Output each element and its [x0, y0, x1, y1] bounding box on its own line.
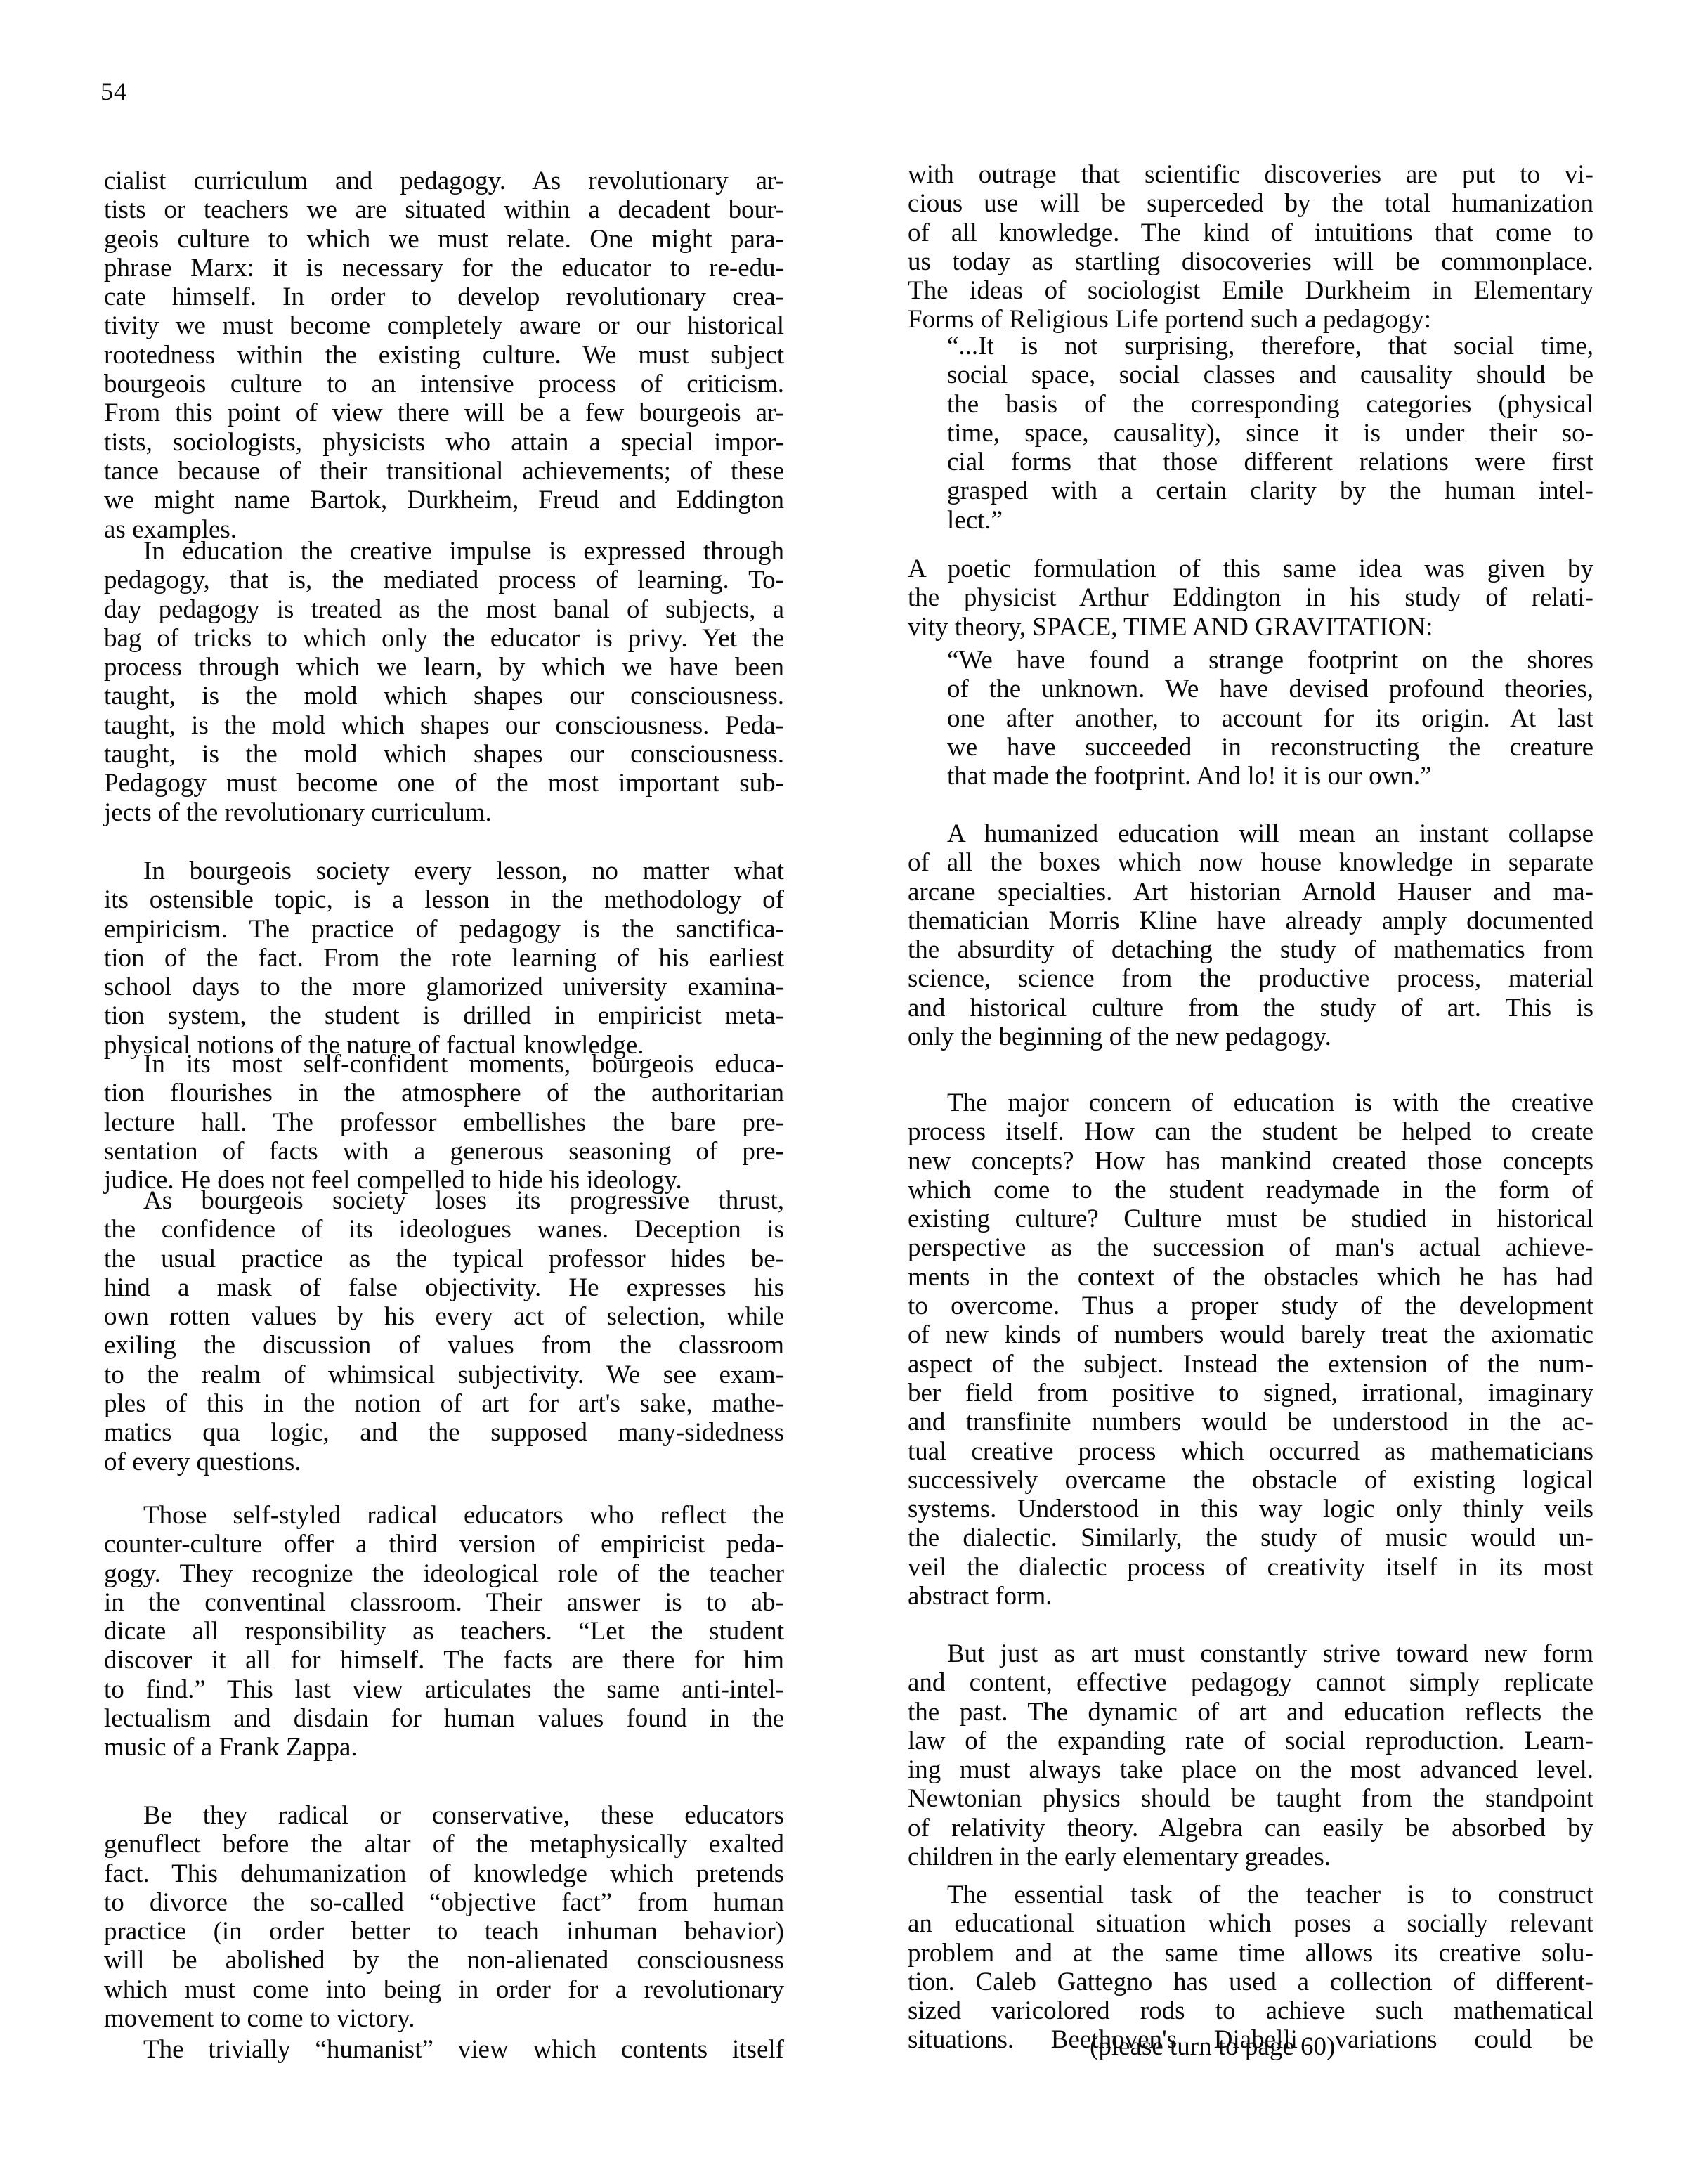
- text-line: will be abolished by the non-alienated c…: [104, 1946, 784, 1975]
- document-page: 54 cialist curriculum and pedagogy. As r…: [0, 0, 1682, 2184]
- text-line: dicate all responsibility as teachers. “…: [104, 1617, 784, 1646]
- text-line: taught, is the mold which shapes our con…: [104, 682, 784, 710]
- text-line: The major concern of education is with t…: [908, 1088, 1593, 1117]
- text-line: and content, effective pedagogy cannot s…: [908, 1668, 1593, 1697]
- text-line: day pedagogy is treated as the most bana…: [104, 595, 784, 624]
- text-line: and historical culture from the study of…: [908, 994, 1593, 1022]
- text-line: the dialectic. Similarly, the study of m…: [908, 1523, 1593, 1552]
- text-line: geois culture to which we must relate. O…: [104, 225, 784, 254]
- text-line: tion of the fact. From the rote learning…: [104, 944, 784, 973]
- text-line: only the beginning of the new pedagogy.: [908, 1022, 1593, 1051]
- text-line: phrase Marx: it is necessary for the edu…: [104, 254, 784, 282]
- text-line: The ideas of sociologist Emile Durkheim …: [908, 276, 1593, 305]
- text-line: of all knowledge. The kind of intuitions…: [908, 219, 1593, 247]
- text-line: ples of this in the notion of art for ar…: [104, 1389, 784, 1418]
- text-line: taught, is the mold which shapes our con…: [104, 711, 784, 740]
- text-line: music of a Frank Zappa.: [104, 1733, 784, 1762]
- text-line: A humanized education will mean an insta…: [908, 819, 1593, 848]
- text-line: which come to the student readymade in t…: [908, 1176, 1593, 1204]
- block-quote: “We have found a strange footprint on th…: [947, 646, 1593, 791]
- text-line: lecture hall. The professor embellishes …: [104, 1108, 784, 1137]
- paragraph: with outrage that scientific discoveries…: [908, 160, 1593, 334]
- text-line: to overcome. Thus a proper study of the …: [908, 1292, 1593, 1320]
- text-line: jects of the revolutionary curriculum.: [104, 798, 784, 827]
- text-line: movement to come to victory.: [104, 2004, 784, 2033]
- text-line: rootedness within the existing culture. …: [104, 341, 784, 370]
- text-line: ber field from positive to signed, irrat…: [908, 1379, 1593, 1408]
- text-line: in the conventinal classroom. Their answ…: [104, 1588, 784, 1617]
- text-line: “...It is not surprising, therefore, tha…: [947, 332, 1593, 360]
- text-line: problem and at the same time allows its …: [908, 1939, 1593, 1968]
- text-line: we might name Bartok, Durkheim, Freud an…: [104, 486, 784, 514]
- text-line: process itself. How can the student be h…: [908, 1117, 1593, 1146]
- paragraph: A poetic formulation of this same idea w…: [908, 554, 1593, 642]
- text-line: tists or teachers we are situated within…: [104, 195, 784, 224]
- text-line: “We have found a strange footprint on th…: [947, 646, 1593, 675]
- text-line: cial forms that those different relation…: [947, 448, 1593, 476]
- paragraph: As bourgeois society loses its progressi…: [104, 1186, 784, 1476]
- text-line: of relativity theory. Algebra can easily…: [908, 1814, 1593, 1842]
- paragraph: A humanized education will mean an insta…: [908, 819, 1593, 1051]
- text-line: Be they radical or conservative, these e…: [104, 1801, 784, 1830]
- text-line: social space, social classes and causali…: [947, 360, 1593, 389]
- text-line: to find.” This last view articulates the…: [104, 1675, 784, 1704]
- text-line: own rotten values by his every act of se…: [104, 1302, 784, 1331]
- text-line: In education the creative impulse is exp…: [104, 537, 784, 566]
- text-line: the past. The dynamic of art and educati…: [908, 1698, 1593, 1727]
- text-line: existing culture? Culture must be studie…: [908, 1204, 1593, 1233]
- text-line: bag of tricks to which only the educator…: [104, 624, 784, 653]
- text-line: Those self-styled radical educators who …: [104, 1501, 784, 1530]
- text-line: gogy. They recognize the ideological rol…: [104, 1559, 784, 1588]
- paragraph: The trivially “humanist” view which cont…: [104, 2035, 784, 2064]
- text-line: thematician Morris Kline have already am…: [908, 906, 1593, 935]
- paragraph: The major concern of education is with t…: [908, 1088, 1593, 1611]
- text-line: to divorce the so-called “objective fact…: [104, 1888, 784, 1917]
- paragraph: In education the creative impulse is exp…: [104, 537, 784, 827]
- text-line: cate himself. In order to develop revolu…: [104, 282, 784, 311]
- text-line: tance because of their transitional achi…: [104, 457, 784, 486]
- text-line: systems. Understood in this way logic on…: [908, 1495, 1593, 1523]
- text-line: sized varicolored rods to achieve such m…: [908, 1996, 1593, 2025]
- text-line: counter-culture offer a third version of…: [104, 1530, 784, 1559]
- text-line: lectualism and disdain for human values …: [104, 1704, 784, 1733]
- paragraph: The essential task of the teacher is to …: [908, 1880, 1593, 2055]
- text-line: with outrage that scientific discoveries…: [908, 160, 1593, 189]
- text-line: ing must always take place on the most a…: [908, 1755, 1593, 1784]
- block-quote: “...It is not surprising, therefore, tha…: [947, 332, 1593, 535]
- text-line: sentation of facts with a generous seaso…: [104, 1137, 784, 1166]
- text-line: law of the expanding rate of social repr…: [908, 1727, 1593, 1755]
- text-line: cious use will be superceded by the tota…: [908, 189, 1593, 218]
- paragraph: Those self-styled radical educators who …: [104, 1501, 784, 1762]
- text-line: fact. This dehumanization of knowledge w…: [104, 1859, 784, 1888]
- text-line: an educational situation which poses a s…: [908, 1909, 1593, 1938]
- text-line: genuflect before the altar of the metaph…: [104, 1830, 784, 1859]
- page-number: 54: [100, 77, 127, 105]
- text-line: grasped with a certain clarity by the hu…: [947, 476, 1593, 505]
- text-line: time, space, causality), since it is und…: [947, 419, 1593, 448]
- text-line: In bourgeois society every lesson, no ma…: [104, 857, 784, 885]
- text-line: abstract form.: [908, 1582, 1593, 1611]
- text-line: that made the footprint. And lo! it is o…: [947, 762, 1593, 791]
- text-line: new concepts? How has mankind created th…: [908, 1147, 1593, 1176]
- text-line: From this point of view there will be a …: [104, 398, 784, 427]
- text-line: tual creative process which occurred as …: [908, 1437, 1593, 1466]
- text-line: empiricism. The practice of pedagogy is …: [104, 915, 784, 944]
- text-line: In its most self-confident moments, bour…: [104, 1050, 784, 1079]
- text-line: successively overcame the obstacle of ex…: [908, 1466, 1593, 1495]
- text-line: pedagogy, that is, the mediated process …: [104, 566, 784, 594]
- text-line: exiling the discussion of values from th…: [104, 1331, 784, 1360]
- text-line: of all the boxes which now house knowled…: [908, 848, 1593, 877]
- text-line: The trivially “humanist” view which cont…: [104, 2035, 784, 2064]
- text-line: Pedagogy must become one of the most imp…: [104, 769, 784, 798]
- text-line: the confidence of its ideologues wanes. …: [104, 1215, 784, 1244]
- text-line: Newtonian physics should be taught from …: [908, 1784, 1593, 1813]
- text-line: cialist curriculum and pedagogy. As revo…: [104, 167, 784, 195]
- text-line: As bourgeois society loses its progressi…: [104, 1186, 784, 1215]
- text-line: we have succeeded in reconstructing the …: [947, 733, 1593, 762]
- text-line: ments in the context of the obstacles wh…: [908, 1263, 1593, 1292]
- text-line: tists, sociologists, physicists who atta…: [104, 428, 784, 457]
- text-line: discover it all for himself. The facts a…: [104, 1646, 784, 1675]
- text-line: and transfinite numbers would be underst…: [908, 1408, 1593, 1436]
- text-line: school days to the more glamorized unive…: [104, 973, 784, 1001]
- text-line: the usual practice as the typical profes…: [104, 1244, 784, 1273]
- text-line: bourgeois culture to an intensive proces…: [104, 370, 784, 398]
- text-line: the absurdity of detaching the study of …: [908, 935, 1593, 964]
- text-line: us today as startling disocoveries will …: [908, 247, 1593, 276]
- text-line: matics qua logic, and the supposed many-…: [104, 1418, 784, 1447]
- text-line: of every questions.: [104, 1448, 784, 1476]
- text-line: tion system, the student is drilled in e…: [104, 1001, 784, 1030]
- paragraph: Be they radical or conservative, these e…: [104, 1801, 784, 2033]
- continuation-note: (please turn to page 60): [1090, 2032, 1335, 2061]
- text-line: which must come into being in order for …: [104, 1975, 784, 2004]
- text-line: Forms of Religious Life portend such a p…: [908, 305, 1593, 334]
- text-line: to the realm of whimsical subjectivity. …: [104, 1360, 784, 1389]
- text-line: tivity we must become completely aware o…: [104, 311, 784, 340]
- text-line: science, science from the productive pro…: [908, 964, 1593, 993]
- text-line: But just as art must constantly strive t…: [908, 1639, 1593, 1668]
- paragraph: But just as art must constantly strive t…: [908, 1639, 1593, 1871]
- text-line: veil the dialectic process of creativity…: [908, 1553, 1593, 1582]
- text-line: of new kinds of numbers would barely tre…: [908, 1320, 1593, 1349]
- text-line: process through which we learn, by which…: [104, 653, 784, 682]
- text-line: one after another, to account for its or…: [947, 704, 1593, 733]
- text-line: lect.”: [947, 506, 1593, 535]
- text-line: hind a mask of false objectivity. He exp…: [104, 1273, 784, 1302]
- text-line: practice (in order better to teach inhum…: [104, 1917, 784, 1946]
- text-line: The essential task of the teacher is to …: [908, 1880, 1593, 1909]
- paragraph: cialist curriculum and pedagogy. As revo…: [104, 167, 784, 544]
- text-line: the basis of the corresponding categorie…: [947, 390, 1593, 419]
- text-line: of the unknown. We have devised profound…: [947, 675, 1593, 703]
- text-line: aspect of the subject. Instead the exten…: [908, 1350, 1593, 1379]
- text-line: A poetic formulation of this same idea w…: [908, 554, 1593, 583]
- text-line: arcane specialties. Art historian Arnold…: [908, 878, 1593, 906]
- text-line: children in the early elementary greades…: [908, 1842, 1593, 1871]
- text-line: tion. Caleb Gattegno has used a collecti…: [908, 1968, 1593, 1996]
- paragraph: In bourgeois society every lesson, no ma…: [104, 857, 784, 1060]
- text-line: vity theory, SPACE, TIME AND GRAVITATION…: [908, 613, 1593, 642]
- text-line: its ostensible topic, is a lesson in the…: [104, 885, 784, 914]
- text-line: tion flourishes in the atmosphere of the…: [104, 1079, 784, 1107]
- text-line: taught, is the mold which shapes our con…: [104, 740, 784, 769]
- text-line: the physicist Arthur Eddington in his st…: [908, 583, 1593, 612]
- paragraph: In its most self-confident moments, bour…: [104, 1050, 784, 1195]
- text-line: perspective as the succession of man's a…: [908, 1233, 1593, 1262]
